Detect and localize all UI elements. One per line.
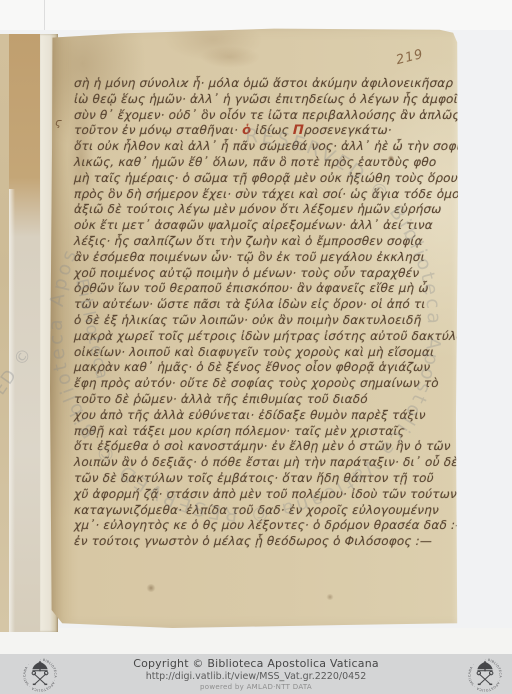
manuscript-line: χοῦ ποιμένος αὐτῷ ποιμὴν ὁ μένων· τοὺς ο… — [74, 266, 451, 282]
manuscript-line: χμ᾽· εὐλογητὸς κε ὁ θς μου λέξοντες· ὁ δ… — [74, 518, 451, 534]
parchment-stain — [326, 594, 334, 600]
powered-by-text: powered by AMLAD·NTT DATA — [200, 683, 312, 691]
manuscript-line: ποθῇ καὶ τάξει μου κρίση πόλεμον· ταῖς μ… — [74, 424, 451, 440]
book-gutter-binding — [0, 34, 58, 632]
vatican-library-seal-right: · BIBLIOTECA · APOSTOLICA · VATICANA · — [465, 656, 505, 694]
manuscript-line: σὴ ἡ μόνη σύνολιϰ ἧ· μόλα ὁμῶ ἄστοι ἀκύμ… — [74, 76, 451, 92]
manuscript-line: ὁ δὲ ἐξ ἡλικίας τῶν λοιπῶν· οὐκ ἂν ποιμὴ… — [74, 313, 451, 329]
manuscript-photo[interactable]: 219 ϛ — σὴ ἡ μόνη σύνολιϰ ἧ· μόλα ὁμῶ ἄσ… — [0, 0, 512, 656]
manuscript-line: λοιπῶν ἂν ὁ δεξιᾶς· ὁ πόθε ἔσται μὴ τὴν … — [74, 455, 451, 471]
manuscript-line: τοῦτο δὲ ῥῶμεν· ἀλλὰ τῆς ἐπιθυμίας τοῦ δ… — [74, 392, 451, 408]
manuscript-line: ἔφη πρὸς αὐτόν· οὔτε δὲ σοφίας τοὺς χορο… — [74, 376, 451, 392]
parchment-stain — [146, 584, 156, 592]
manuscript-line: χου ἀπὸ τῆς ἀλλὰ εὐθύνεται· ἐδίδαξε θυμὸ… — [74, 408, 451, 424]
manuscript-line: ἰὼ θεῷ ἕως ἡμῶν· ἀλλ᾽ ἡ γνῶσι ἐπιτηδείως… — [74, 92, 451, 108]
manuscript-line: μὴ ταῖς ἡμέραις· ὁ σῶμα τῇ φθορᾷ μὲν οὐκ… — [74, 171, 451, 187]
manuscript-line: καταγωνιζόμεθα· ἐλπίδα τοῦ δαδ· ἐν χοροῖ… — [74, 503, 451, 519]
manuscript-line: ἂν ἐσόμεθα ποιμένων ὧν· τῷ ὃν ἐκ τοῦ μεγ… — [74, 250, 451, 266]
manuscript-line: μακρὰ χωρεῖ τοῖς μέτροις ἰδὼν μήτρας ἰσό… — [74, 329, 451, 345]
greek-text-block: σὴ ἡ μόνη σύνολιϰ ἧ· μόλα ὁμῶ ἄστοι ἀκύμ… — [74, 76, 450, 550]
vatican-library-seal-left: · BIBLIOTECA · APOSTOLICA · VATICANA · — [20, 656, 60, 694]
manuscript-line: ἐν τούτοις γνωστὸν ὁ μέλας ᾗ θεόδωρος ὁ … — [74, 534, 451, 550]
manuscript-line: λέξις· ἧς σαλπίζων ὅτι τὴν ζωὴν καὶ ὁ ἔμ… — [74, 234, 451, 250]
manuscript-line: λικῶς, καθ᾽ ἡμῶν ἔθ᾽ ὅλων, πᾶν ὃ ποτὲ πρ… — [74, 155, 451, 171]
folio-number: 219 — [395, 47, 426, 68]
parchment-page[interactable]: 219 ϛ — σὴ ἡ μόνη σύνολιϰ ἧ· μόλα ὁμῶ ἄσ… — [50, 28, 458, 628]
binding-edge-strip — [0, 34, 9, 632]
manuscript-line: τοῦτον ἐν μόνῳ σταθῆναι· ὁ ἰδίως Προσενε… — [74, 123, 451, 139]
source-url-text: http://digi.vatlib.it/view/MSS_Vat.gr.22… — [146, 671, 367, 682]
backdrop-top — [0, 0, 512, 30]
manuscript-line: ἀξιῶ δὲ τούτοις λέγω μὲν μόνον ὅτι λέξομ… — [74, 202, 451, 218]
binding-leaf-strip — [9, 34, 40, 632]
copyright-bar: Copyright © Biblioteca Apostolica Vatica… — [0, 654, 512, 694]
backdrop-bottom — [0, 628, 512, 656]
marginal-mark: ϛ — [55, 116, 61, 129]
copyright-text: Copyright © Biblioteca Apostolica Vatica… — [133, 657, 379, 670]
manuscript-line: σὺν θ᾽ ἔχομεν· οὐδ᾽ ὃν οἷόν τε ἰῶτα περι… — [74, 108, 451, 124]
manuscript-line: πρὸς ὃν δὴ σήμερον ἔχει· σὺν τάχει καὶ σ… — [74, 187, 451, 203]
manuscript-line: οὐκ ἔτι μετ᾽ ἀσαφῶν ψαλμοῖς αἱρεξομένων·… — [74, 218, 451, 234]
manuscript-line: ὀρθῶν ἴων τοῦ θεραποῦ ἐπισκόπου· ἂν ἀφαν… — [74, 281, 451, 297]
backdrop-seam-line — [44, 0, 45, 30]
parchment-stain — [200, 46, 260, 68]
manuscript-line: ὅτι οὐκ ἦλθον καὶ ἀλλ᾽ ἦ πᾶν σώμεθά νος·… — [74, 139, 451, 155]
manuscript-line: μακρὰν καθ᾽ ἡμᾶς· ὁ δὲ ξένος ἔθνος οἷον … — [74, 360, 451, 376]
manuscript-line: οἰκείων· λοιποῦ καὶ διαφυγεῖν τοὺς χοροὺ… — [74, 345, 451, 361]
viewer-stage: 219 ϛ — σὴ ἡ μόνη σύνολιϰ ἧ· μόλα ὁμῶ ἄσ… — [0, 0, 512, 694]
manuscript-line: τῶν αὐτέων· ὥστε πᾶσι τὰ ξύλα ἰδὼν εἰς ὅ… — [74, 297, 451, 313]
manuscript-line: χῦ ἀφορμή ζᾷ· στάσιν ἀπὸ μὲν τοῦ πολέμου… — [74, 487, 451, 503]
manuscript-line: ὅτι ἐξόμεθα ὁ σοὶ κανοστάμην· ἐν ἔλθῃ μὲ… — [74, 439, 451, 455]
manuscript-line: τῶν δὲ δακτύλων τοῖς ἐμβάτοις· ὅταν ἤδη … — [74, 471, 451, 487]
